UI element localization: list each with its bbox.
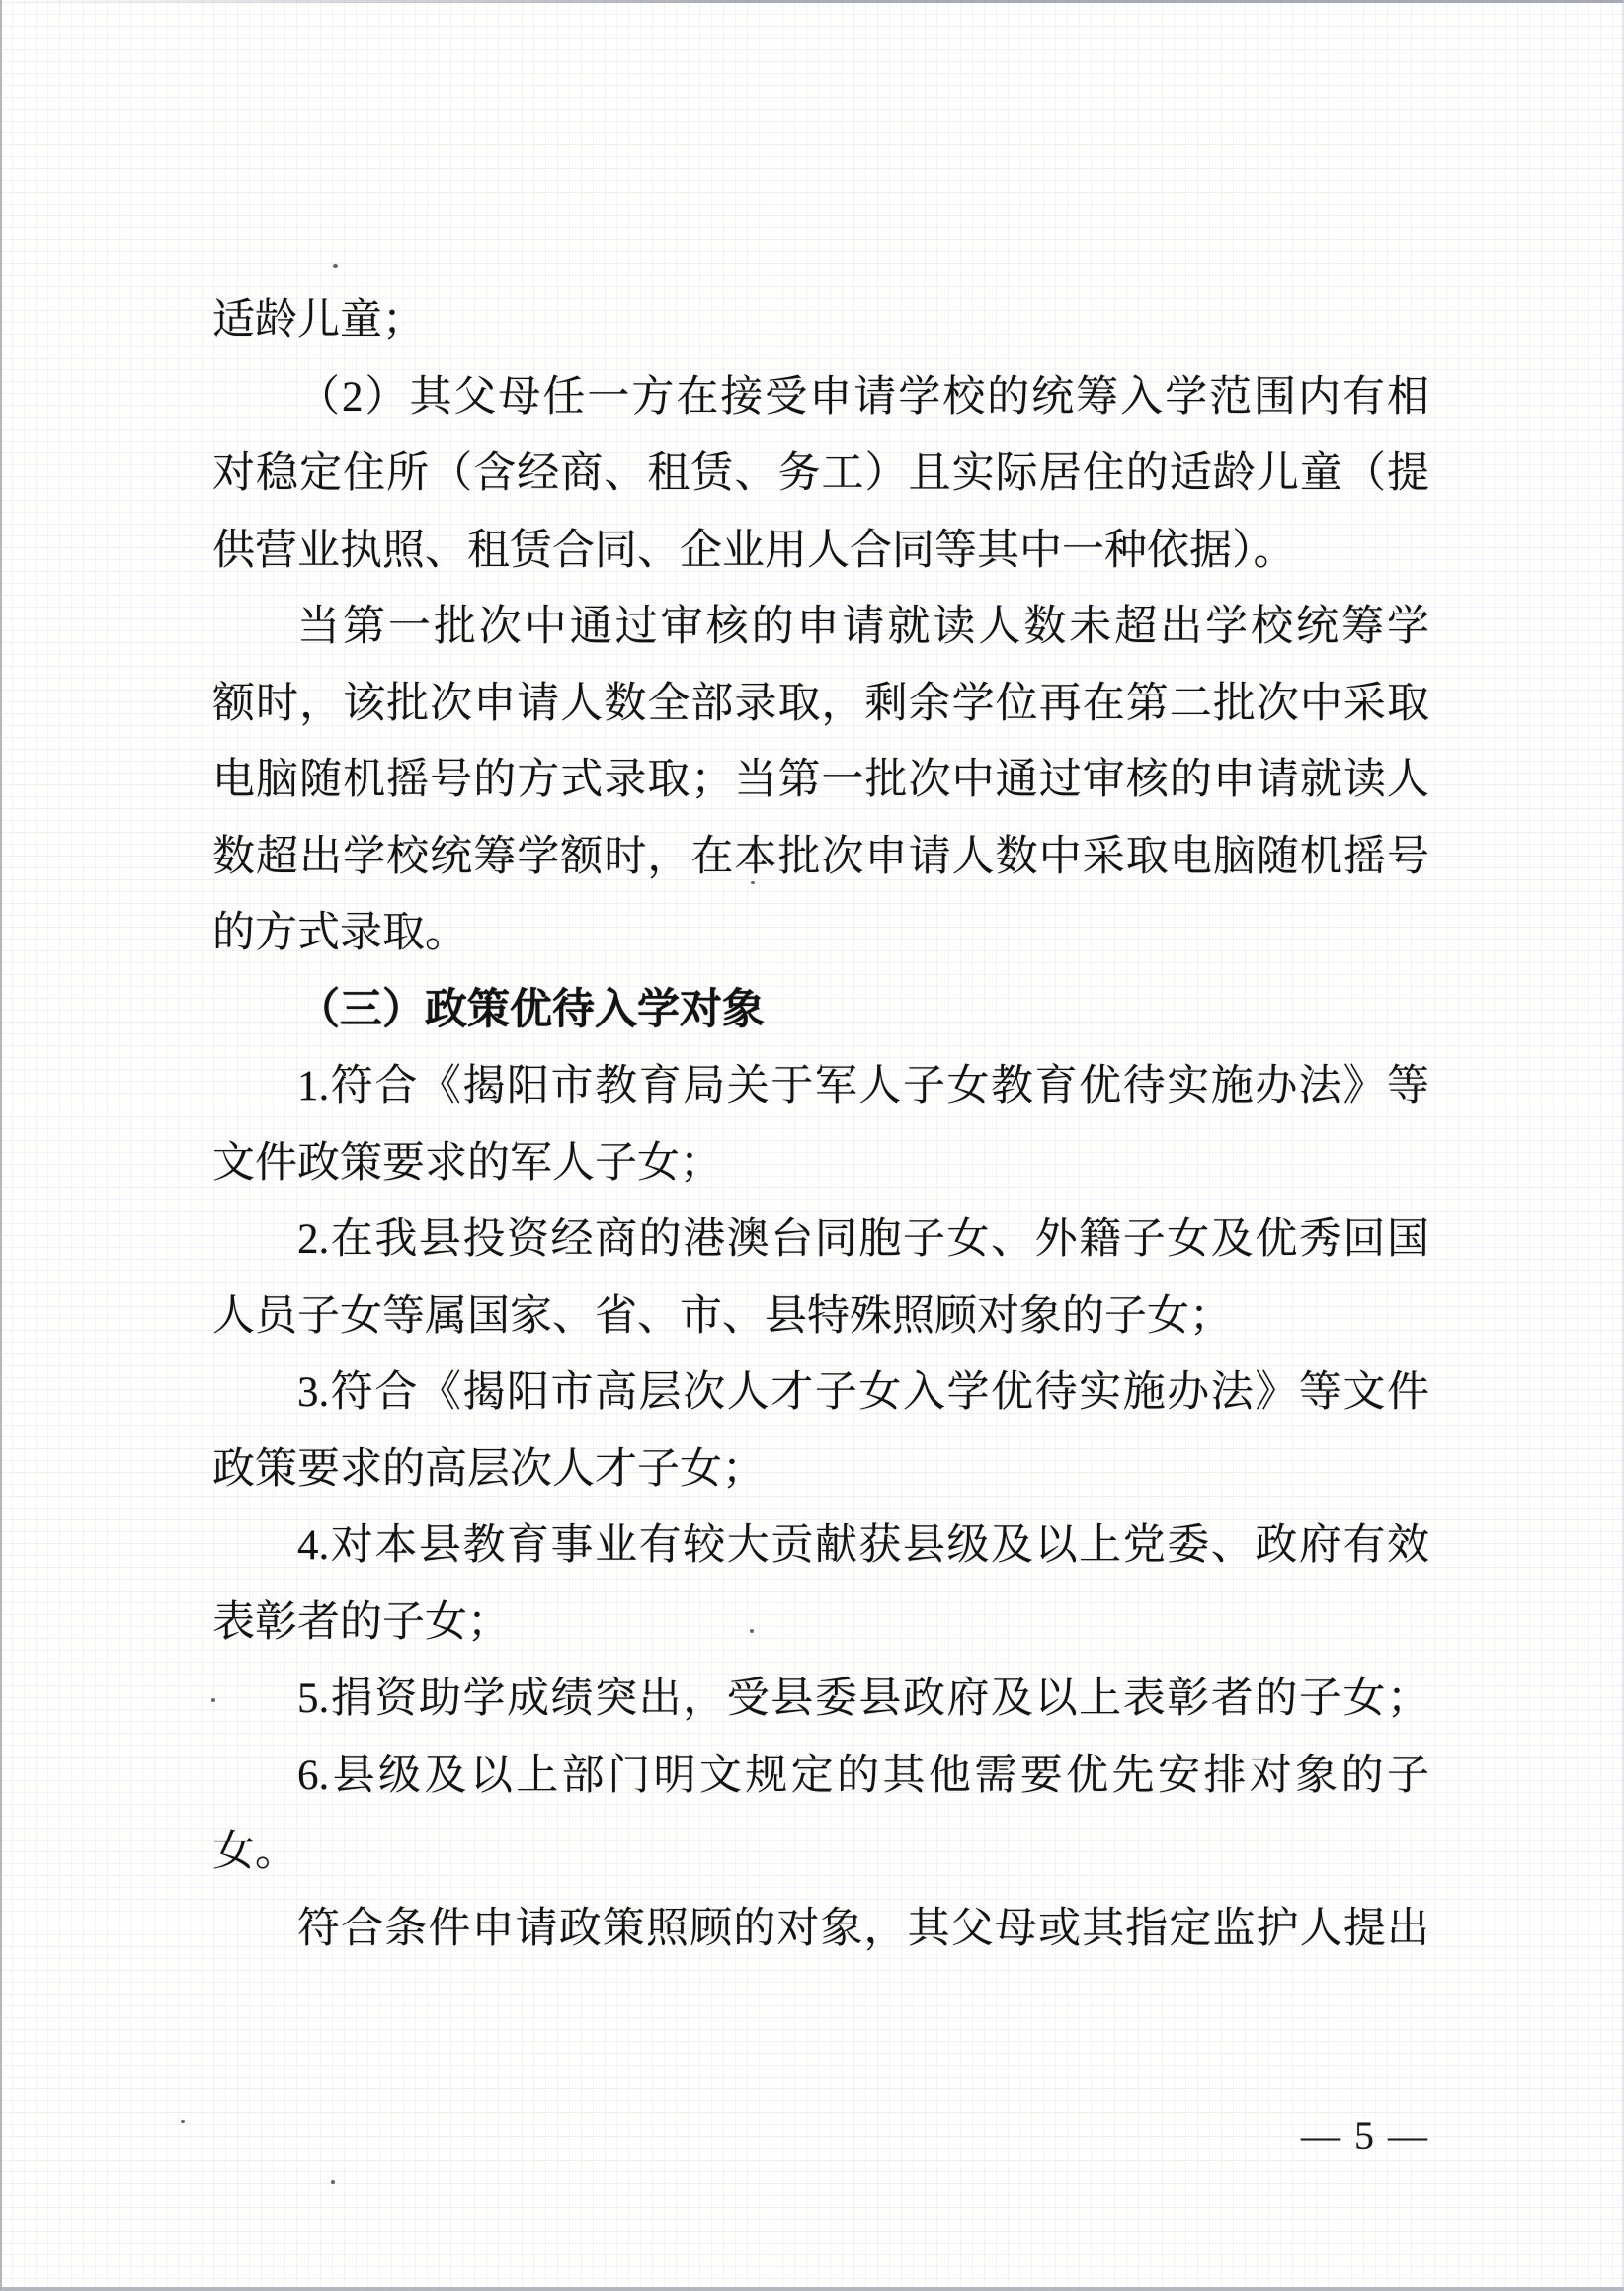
text-line: 适龄儿童； xyxy=(212,283,1429,360)
document-body: 适龄儿童； （2）其父母任一方在接受申请学校的统筹入学范围内有相 对稳定住所（含… xyxy=(212,283,1429,1967)
text-line: 供营业执照、租赁合同、企业用人合同等其中一种依据）。 xyxy=(212,513,1429,590)
text-line: 3.符合《揭阳市高层次人才子女入学优待实施办法》等文件 xyxy=(212,1354,1429,1432)
text-line: 电脑随机摇号的方式录取；当第一批次中通过审核的申请就读人 xyxy=(212,742,1429,819)
text-line: 1.符合《揭阳市教育局关于军人子女教育优待实施办法》等 xyxy=(212,1048,1429,1125)
text-line: 5.捐资助学成绩突出，受县委县政府及以上表彰者的子女； xyxy=(212,1661,1429,1738)
text-line: 4.对本县教育事业有较大贡献获县级及以上党委、政府有效 xyxy=(212,1508,1429,1585)
text-line: 对稳定住所（含经商、租赁、务工）且实际居住的适龄儿童（提 xyxy=(212,436,1429,513)
scan-edge-bottom xyxy=(0,2287,1624,2291)
text-line: 表彰者的子女； xyxy=(212,1585,1429,1662)
scan-speck xyxy=(181,2120,185,2123)
scan-edge-top xyxy=(0,0,1624,3)
scan-speck xyxy=(751,881,755,884)
text-line: （2）其父母任一方在接受申请学校的统筹入学范围内有相 xyxy=(212,360,1429,437)
section-heading: （三）政策优待入学对象 xyxy=(212,972,1429,1049)
text-line: 6.县级及以上部门明文规定的其他需要优先安排对象的子 xyxy=(212,1738,1429,1815)
text-line: 女。 xyxy=(212,1814,1429,1891)
scan-speck xyxy=(333,264,338,268)
text-line: 当第一批次中通过审核的申请就读人数未超出学校统筹学 xyxy=(212,589,1429,666)
text-line: 2.在我县投资经商的港澳台同胞子女、外籍子女及优秀回国 xyxy=(212,1201,1429,1278)
scan-speck xyxy=(331,2180,335,2184)
text-line: 额时，该批次申请人数全部录取，剩余学位再在第二批次中采取 xyxy=(212,666,1429,743)
scan-speck xyxy=(211,1698,215,1702)
text-line: 的方式录取。 xyxy=(212,895,1429,972)
page-number: — 5 — xyxy=(1301,2114,1429,2158)
text-line: 数超出学校统筹学额时，在本批次申请人数中采取电脑随机摇号 xyxy=(212,819,1429,896)
text-line: 文件政策要求的军人子女； xyxy=(212,1125,1429,1202)
scanned-document-page: 适龄儿童； （2）其父母任一方在接受申请学校的统筹入学范围内有相 对稳定住所（含… xyxy=(0,0,1624,2291)
text-line: 政策要求的高层次人才子女； xyxy=(212,1432,1429,1509)
scan-speck xyxy=(750,1629,754,1633)
scan-edge-left xyxy=(0,0,2,2291)
text-line: 符合条件申请政策照顾的对象，其父母或其指定监护人提出 xyxy=(212,1891,1429,1968)
text-line: 人员子女等属国家、省、市、县特殊照顾对象的子女； xyxy=(212,1278,1429,1355)
